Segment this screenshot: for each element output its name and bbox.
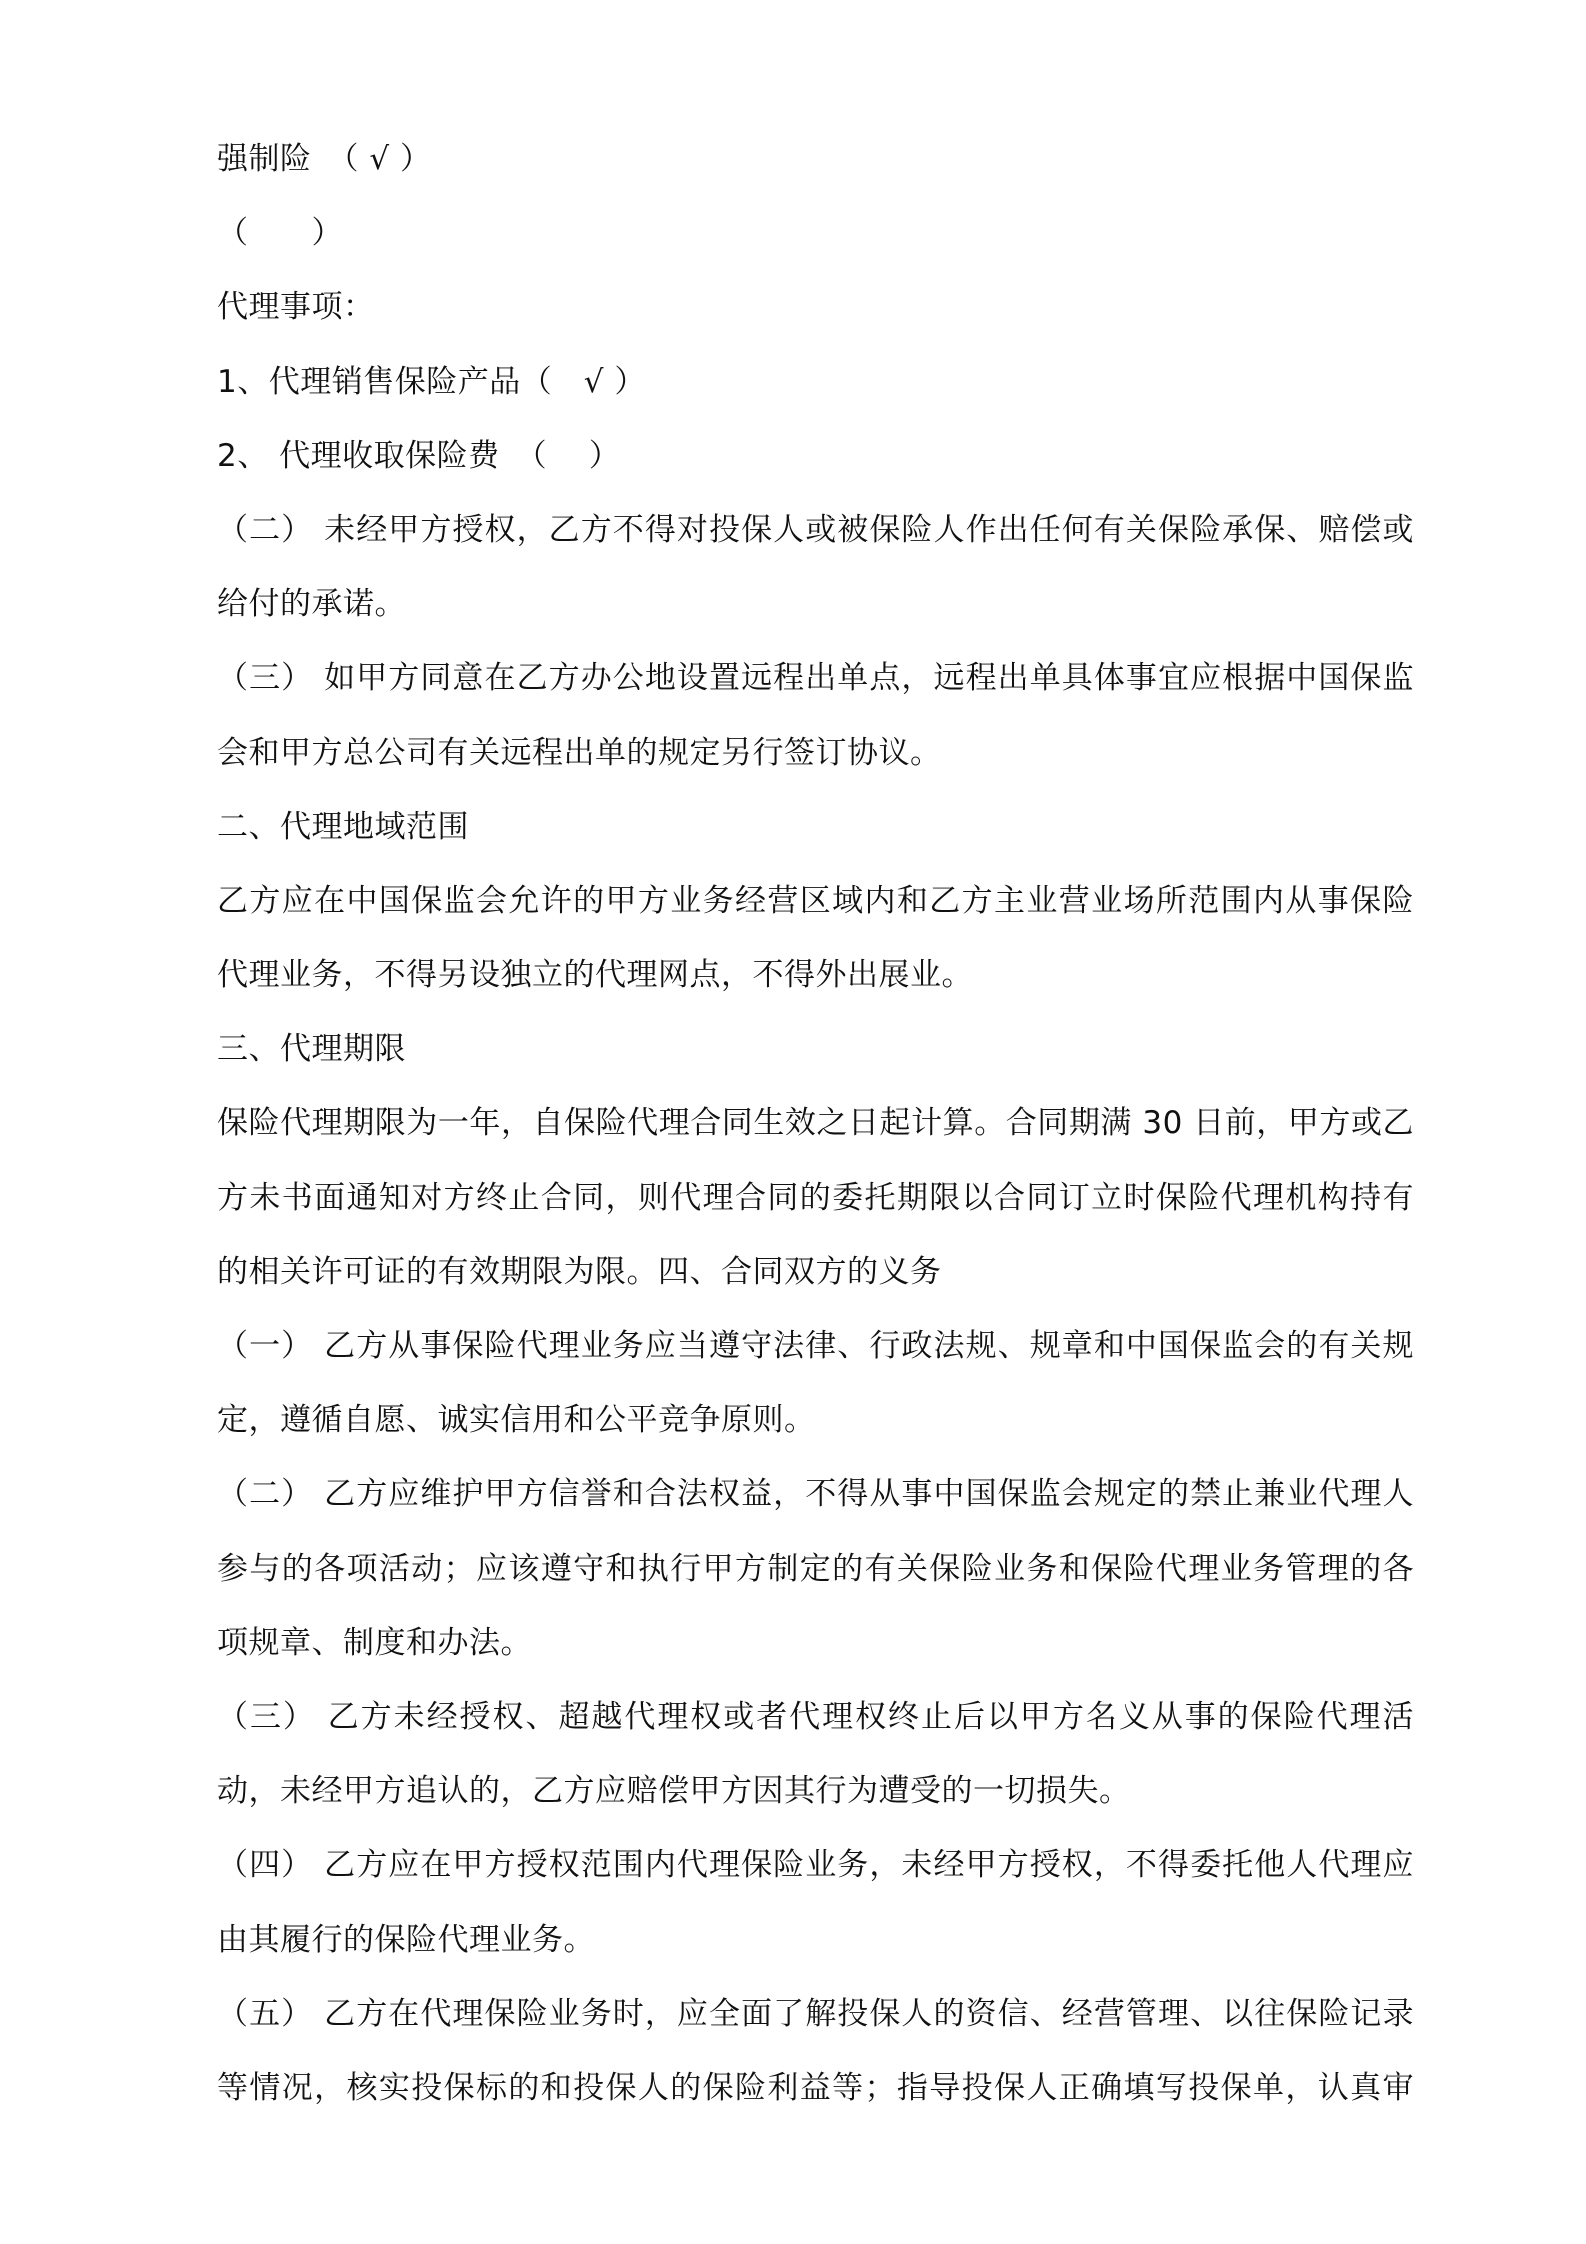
paragraph-line: 定，遵循自愿、诚实信用和公平竞争原则。 xyxy=(217,1383,1417,1457)
heading-agency-matters: 代理事项： xyxy=(217,270,1417,344)
paragraph-line: （二） 未经甲方授权，乙方不得对投保人或被保险人作出任何有关保险承保、赔偿或 xyxy=(217,493,1414,567)
paragraph-line: （一） 乙方从事保险代理业务应当遵守法律、行政法规、规章和中国保监会的有关规 xyxy=(217,1309,1414,1383)
paragraph-line: （五） 乙方在代理保险业务时，应全面了解投保人的资信、经营管理、以往保险记录 xyxy=(217,1977,1414,2051)
paragraph-line: （二） 乙方应维护甲方信誉和合法权益，不得从事中国保监会规定的禁止兼业代理人 xyxy=(217,1457,1414,1531)
document-page: 强制险 （ √ ） （ ） 代理事项： 1、代理销售保险产品（ √ ） 2、 代… xyxy=(0,0,1586,2244)
paragraph-line: （三） 如甲方同意在乙方办公地设置远程出单点，远程出单具体事宜应根据中国保监 xyxy=(217,641,1414,715)
paragraph-line: 会和甲方总公司有关远程出单的规定另行签订协议。 xyxy=(217,716,1417,790)
paragraph-line: 的相关许可证的有效期限为限。四、合同双方的义务 xyxy=(217,1235,1417,1309)
paragraph-line: 乙方应在中国保监会允许的甲方业务经营区域内和乙方主业营业场所范围内从事保险 xyxy=(217,864,1414,938)
line-item-sell-products: 1、代理销售保险产品（ √ ） xyxy=(217,345,1417,419)
paragraph-line: 参与的各项活动；应该遵守和执行甲方制定的有关保险业务和保险代理业务管理的各 xyxy=(217,1532,1414,1606)
line-item-collect-premiums: 2、 代理收取保险费 （ ） xyxy=(217,419,1417,493)
section-heading-term: 三、代理期限 xyxy=(217,1012,1417,1086)
line-compulsory-insurance: 强制险 （ √ ） xyxy=(217,122,1417,196)
paragraph-line: 项规章、制度和办法。 xyxy=(217,1606,1417,1680)
section-heading-territory: 二、代理地域范围 xyxy=(217,790,1417,864)
paragraph-line: 等情况，核实投保标的和投保人的保险利益等；指导投保人正确填写投保单，认真审 xyxy=(217,2051,1414,2125)
paragraph-line: 代理业务，不得另设独立的代理网点，不得外出展业。 xyxy=(217,938,1417,1012)
paragraph-line: 给付的承诺。 xyxy=(217,567,1417,641)
paragraph-line: 由其履行的保险代理业务。 xyxy=(217,1903,1417,1977)
paragraph-line: （四） 乙方应在甲方授权范围内代理保险业务，未经甲方授权，不得委托他人代理应 xyxy=(217,1828,1414,1902)
paragraph-line: （三） 乙方未经授权、超越代理权或者代理权终止后以甲方名义从事的保险代理活 xyxy=(217,1680,1414,1754)
line-empty-checkbox: （ ） xyxy=(217,196,1417,270)
paragraph-line: 方未书面通知对方终止合同，则代理合同的委托期限以合同订立时保险代理机构持有 xyxy=(217,1161,1414,1235)
paragraph-line: 保险代理期限为一年，自保险代理合同生效之日起计算。合同期满 30 日前，甲方或乙 xyxy=(217,1086,1414,1160)
paragraph-line: 动，未经甲方追认的，乙方应赔偿甲方因其行为遭受的一切损失。 xyxy=(217,1754,1417,1828)
document-body: 强制险 （ √ ） （ ） 代理事项： 1、代理销售保险产品（ √ ） 2、 代… xyxy=(217,122,1417,2125)
